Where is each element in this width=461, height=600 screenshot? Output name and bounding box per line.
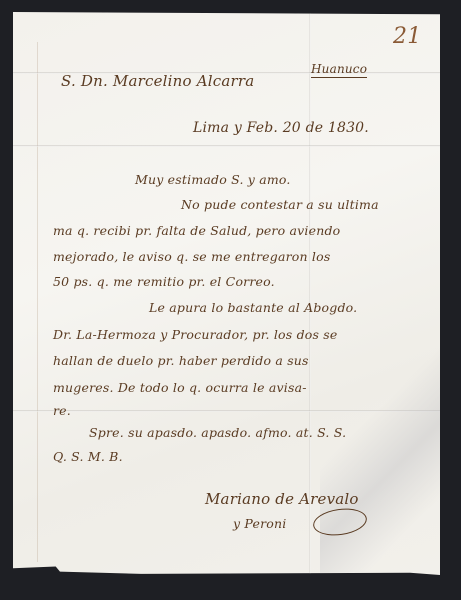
body-line: ma q. recibi pr. falta de Salud, pero av… — [53, 223, 340, 238]
body-line: mejorado, le aviso q. se me entregaron l… — [53, 249, 330, 264]
body-line: hallan de duelo pr. haber perdido a sus — [53, 353, 309, 368]
letter-page: 21 Huanuco S. Dn. Marcelino Alcarra Lima… — [13, 12, 440, 575]
destination: Huanuco — [311, 62, 367, 78]
body-line: Dr. La-Hermoza y Procurador, pr. los dos… — [53, 327, 338, 342]
fold-crease-middle — [13, 145, 440, 147]
addressee: S. Dn. Marcelino Alcarra — [61, 72, 254, 90]
salutation: Muy estimado S. y amo. — [135, 172, 291, 187]
margin-line — [37, 42, 38, 562]
page-number: 21 — [393, 24, 421, 49]
body-line: Le apura lo bastante al Abogdo. — [149, 300, 357, 315]
closing-line: Spre. su apasdo. apasdo. afmo. at. S. S. — [89, 425, 346, 440]
body-line: 50 ps. q. me remitio pr. el Correo. — [53, 274, 275, 289]
dateline: Lima y Feb. 20 de 1830. — [193, 120, 369, 136]
body-line: mugeres. De todo lo q. ocurra le avisa- — [53, 380, 307, 395]
signature-surname: y Peroni — [233, 516, 286, 531]
body-line: No pude contestar a su ultima — [181, 197, 379, 212]
paper-shadow — [320, 315, 440, 575]
signature-name: Mariano de Arevalo — [205, 490, 359, 508]
body-line: re. — [53, 403, 71, 418]
closing-line: Q. S. M. B. — [53, 449, 123, 464]
